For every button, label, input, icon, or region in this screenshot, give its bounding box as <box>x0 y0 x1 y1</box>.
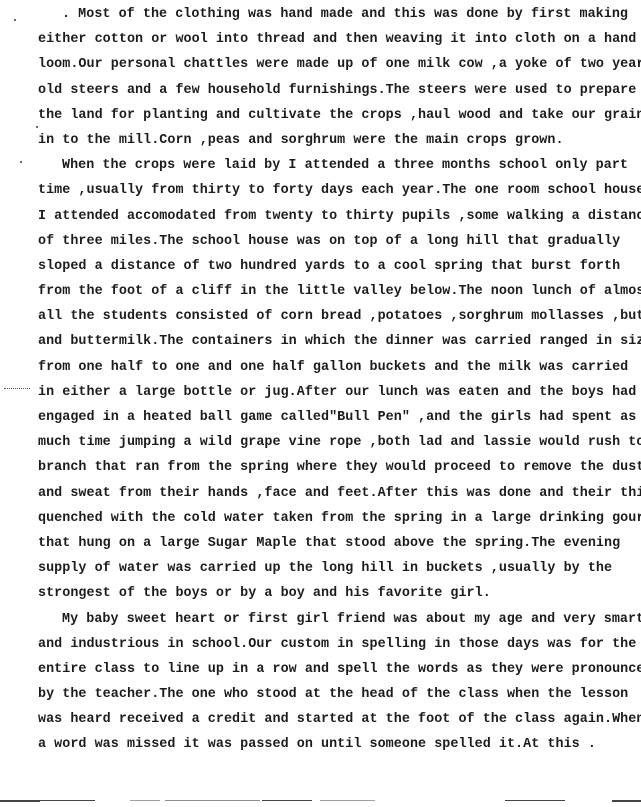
text-line: from the foot of a cliff in the little v… <box>38 279 641 304</box>
text-line: that hung on a large Sugar Maple that st… <box>38 531 641 556</box>
document-body: . Most of the clothing was hand made and… <box>38 2 641 758</box>
text-line: My baby sweet heart or first girl friend… <box>38 607 641 632</box>
text-line: the land for planting and cultivate the … <box>38 103 641 128</box>
text-line: sloped a distance of two hundred yards t… <box>38 254 641 279</box>
text-line: engaged in a heated ball game called"Bul… <box>38 405 641 430</box>
text-line: I attended accomodated from twenty to th… <box>38 204 641 229</box>
text-line: all the students consisted of corn bread… <box>38 304 641 329</box>
text-line: old steers and a few household furnishin… <box>38 78 641 103</box>
text-line: time ,usually from thirty to forty days … <box>38 178 641 203</box>
text-line: entire class to line up in a row and spe… <box>38 657 641 682</box>
text-line: strongest of the boys or by a boy and hi… <box>38 581 641 606</box>
text-line: of three miles.The school house was on t… <box>38 229 641 254</box>
text-line: and industrious in school.Our custom in … <box>38 632 641 657</box>
text-line: by the teacher.The one who stood at the … <box>38 682 641 707</box>
page-bottom-edge <box>0 800 641 802</box>
text-line: from one half to one and one half gallon… <box>38 355 641 380</box>
text-line: and sweat from their hands ,face and fee… <box>38 481 641 506</box>
margin-dotted-mark <box>4 388 30 389</box>
margin-speck <box>14 19 16 21</box>
text-line: quenched with the cold water taken from … <box>38 506 641 531</box>
text-line: loom.Our personal chattles were made up … <box>38 52 641 77</box>
text-line: a word was missed it was passed on until… <box>38 732 641 757</box>
text-line: in to the mill.Corn ,peas and sorghrum w… <box>38 128 641 153</box>
margin-speck <box>20 161 22 163</box>
text-line: When the crops were laid by I attended a… <box>38 153 641 178</box>
text-line: supply of water was carried up the long … <box>38 556 641 581</box>
text-line: branch that ran from the spring where th… <box>38 455 641 480</box>
text-line: was heard received a credit and started … <box>38 707 641 732</box>
text-line: either cotton or wool into thread and th… <box>38 27 641 52</box>
typewritten-page: . Most of the clothing was hand made and… <box>0 0 641 807</box>
text-line: and buttermilk.The containers in which t… <box>38 329 641 354</box>
text-line: in either a large bottle or jug.After ou… <box>38 380 641 405</box>
text-line: much time jumping a wild grape vine rope… <box>38 430 641 455</box>
text-line: . Most of the clothing was hand made and… <box>38 2 641 27</box>
